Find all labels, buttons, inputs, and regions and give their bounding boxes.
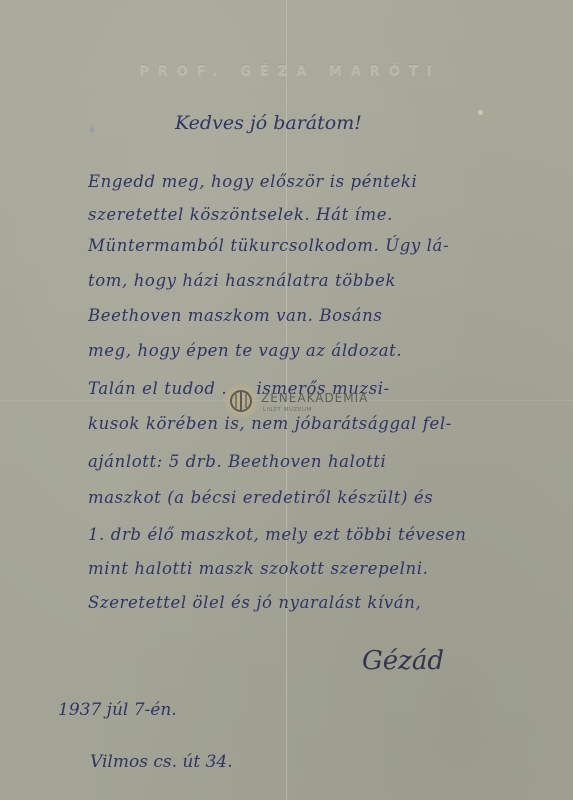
museum-stamp: ZENEAKADÉMIA LISZT MÚZEUM bbox=[223, 383, 373, 419]
body-line-6: meg, hogy épen te vagy az áldozat. bbox=[88, 341, 402, 360]
body-line-5: Beethoven maszkom van. Bosáns bbox=[88, 306, 382, 325]
body-line-9: ajánlott: 5 drb. Beethoven halotti bbox=[88, 452, 386, 471]
body-line-3: Müntermamból tükurcsolkodom. Úgy lá- bbox=[88, 236, 449, 255]
stamp-subtitle: LISZT MÚZEUM bbox=[263, 407, 312, 413]
salutation: Kedves jó barátom! bbox=[175, 112, 362, 134]
seal-emblem-icon bbox=[223, 383, 259, 419]
body-line-13: Szeretettel ölel és jó nyaralást kíván, bbox=[88, 593, 421, 612]
signature: Gézád bbox=[362, 646, 444, 676]
stamp-title: ZENEAKADÉMIA bbox=[261, 391, 368, 405]
ink-speck bbox=[90, 127, 94, 133]
body-line-2: szeretettel köszöntselek. Hát íme. bbox=[88, 205, 393, 224]
body-line-12: mint halotti maszk szokott szerepelni. bbox=[88, 559, 428, 578]
sender-address: Vilmos cs. út 34. bbox=[90, 752, 233, 772]
body-line-10: maszkot (a bécsi eredetiről készült) és bbox=[88, 488, 433, 507]
embossed-letterhead: PROF. GÉZA MARÓTI bbox=[100, 64, 480, 79]
body-line-1: Engedd meg, hogy először is pénteki bbox=[88, 172, 417, 191]
body-line-4: tom, hogy házi használatra többek bbox=[88, 271, 396, 290]
letter-page: PROF. GÉZA MARÓTI Kedves jó barátom! Eng… bbox=[0, 0, 573, 800]
letter-date: 1937 júl 7-én. bbox=[58, 700, 177, 720]
paper-speck bbox=[478, 110, 483, 115]
body-line-11: 1. drb élő maszkot, mely ezt többi téves… bbox=[88, 525, 467, 544]
